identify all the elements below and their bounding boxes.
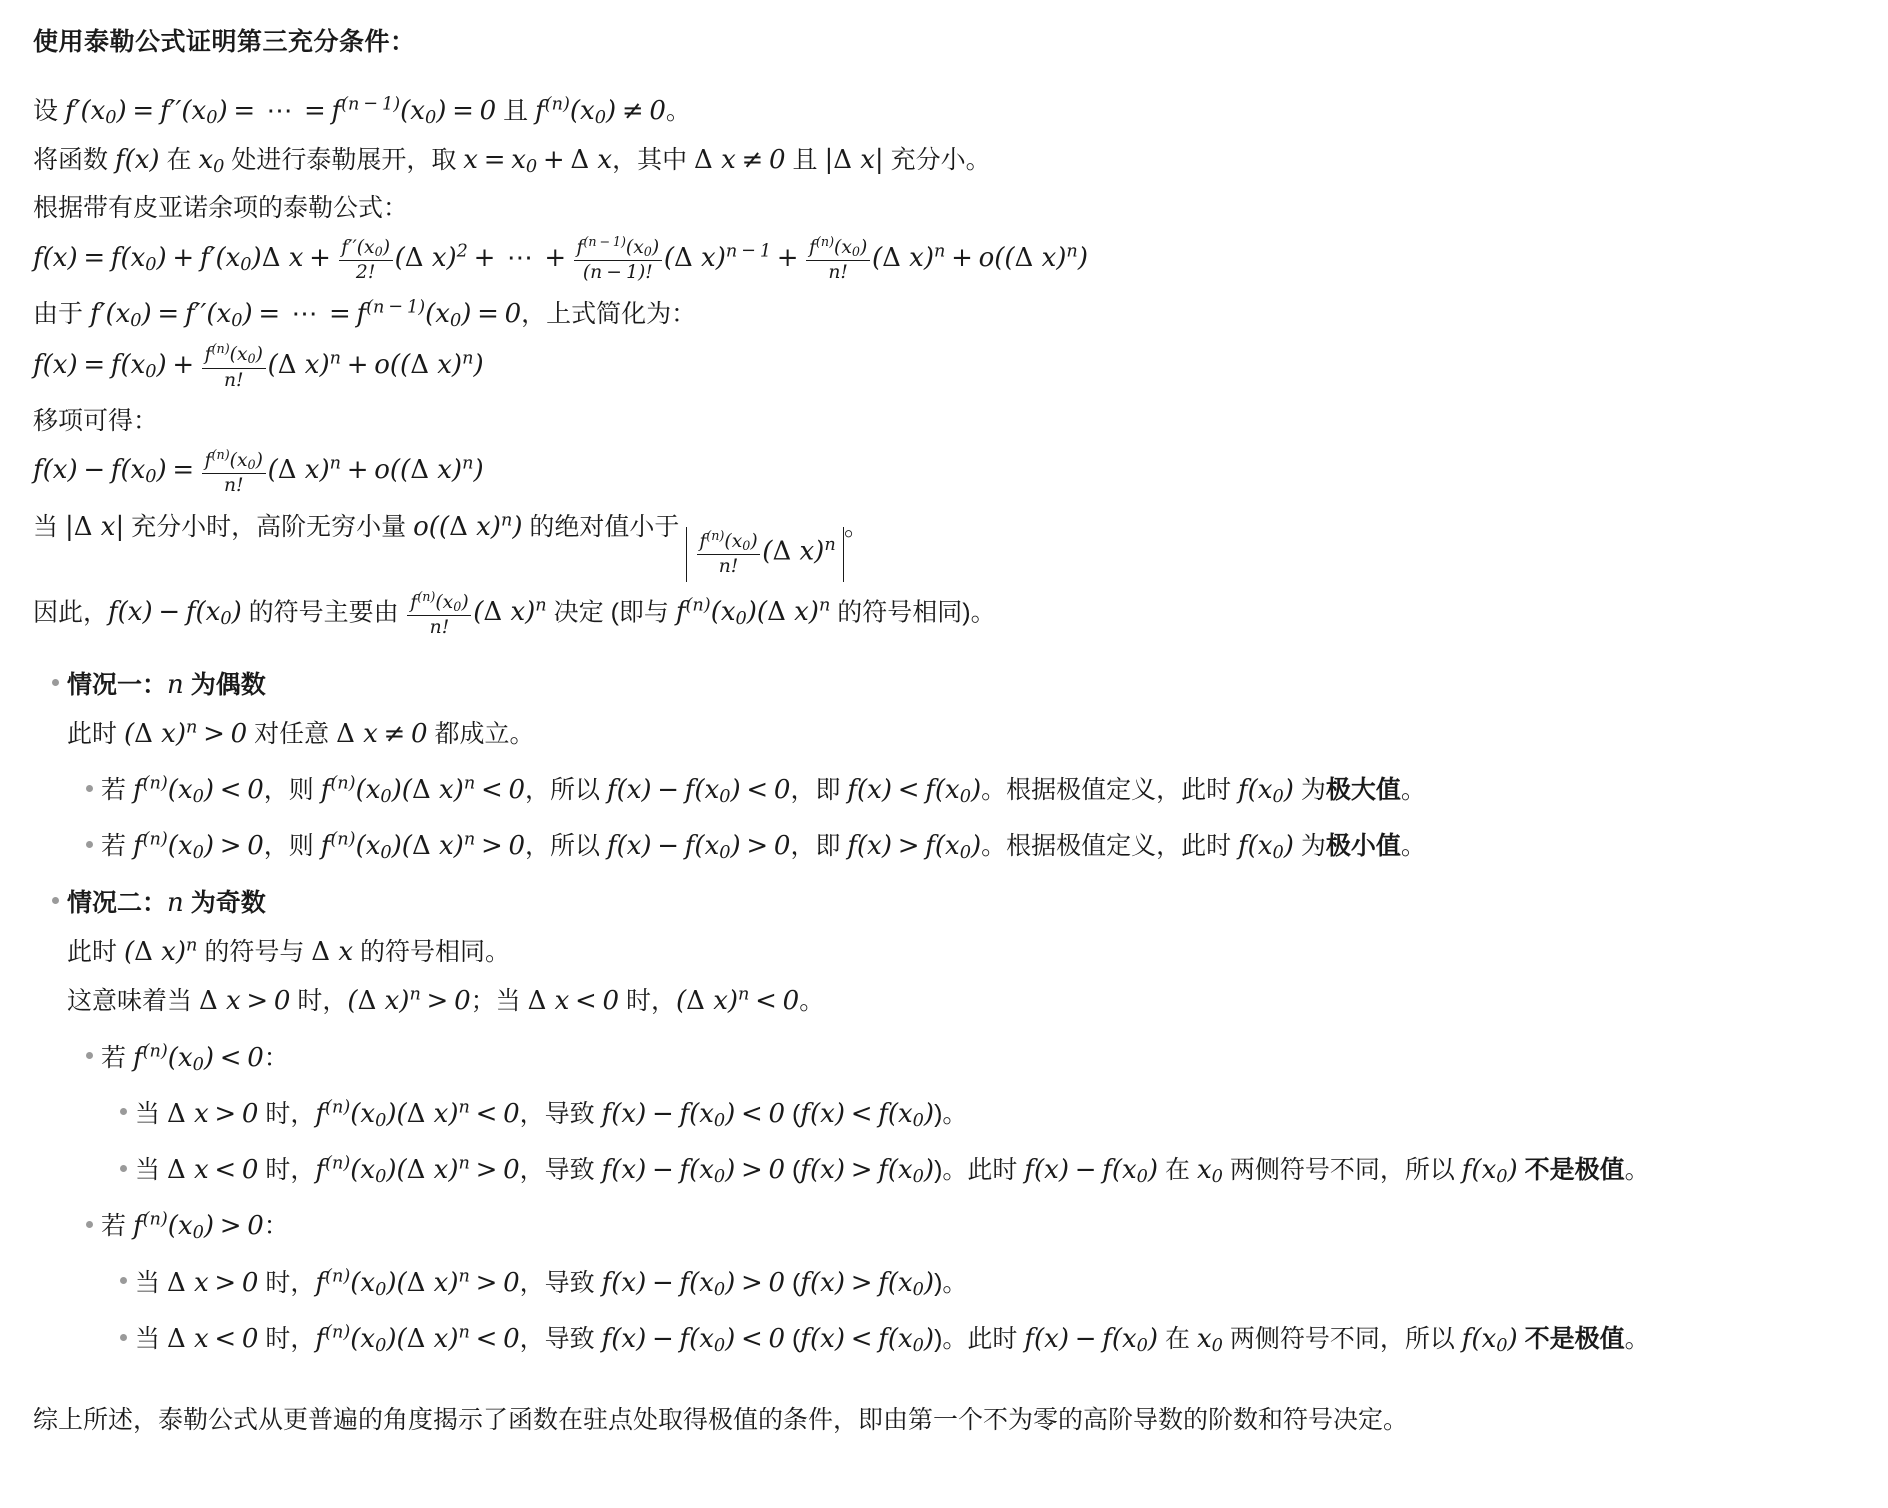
text-run: ( bbox=[785, 1325, 800, 1353]
text-run: 的符号主要由 bbox=[242, 598, 406, 626]
text-run: ，导致 bbox=[520, 1269, 602, 1297]
text-run: 都成立。 bbox=[428, 720, 535, 748]
list-item-line: 若 f(n)(x0)>0，则 f(n)(x0)(Δ x)n>0，所以 f(x)−… bbox=[101, 826, 1854, 866]
text-run: 若 bbox=[101, 1044, 133, 1072]
math-inline: f(x)−f(x0)>0 bbox=[607, 831, 790, 861]
list-item: 若 f(n)(x0)>0：当 Δ x>0 时，f(n)(x0)(Δ x)n>0，… bbox=[67, 1206, 1854, 1359]
list-item-line: 当 Δ x>0 时，f(n)(x0)(Δ x)n<0，导致 f(x)−f(x0)… bbox=[135, 1094, 1854, 1134]
bullet-icon bbox=[86, 841, 93, 848]
paragraph: 将函数 f(x) 在 x0 处进行泰勒展开，取 x=x0+Δ x，其中 Δ x≠… bbox=[33, 141, 1854, 181]
text-run: 的绝对值小于 bbox=[522, 513, 686, 541]
list-item-line: 这意味着当 Δ x>0 时，(Δ x)n>0；当 Δ x<0 时，(Δ x)n<… bbox=[67, 981, 1854, 1021]
text-run: )。此时 bbox=[934, 1156, 1024, 1184]
math-inline: f(n)(x0)n!(Δ x)n bbox=[406, 597, 547, 627]
text-run bbox=[1518, 1325, 1525, 1353]
text-run: 决定 (即与 bbox=[547, 598, 676, 626]
math-inline: n bbox=[167, 888, 184, 918]
text-run: 时， bbox=[258, 1100, 315, 1128]
math-inline: f(x)−f(x0) bbox=[1024, 1155, 1158, 1185]
text-run: 。根据极值定义，此时 bbox=[981, 776, 1238, 804]
math-inline: f(n)(x0)(Δ x)n>0 bbox=[321, 831, 525, 861]
math-inline: Δ x<0 bbox=[167, 1155, 259, 1185]
bullet-list: 当 Δ x>0 时，f(n)(x0)(Δ x)n>0，导致 f(x)−f(x0)… bbox=[101, 1263, 1854, 1360]
text-run: 。根据极值定义，此时 bbox=[981, 832, 1238, 860]
paragraph: 由于 f′(x0)=f′′(x0)=⋯=f(n−1)(x0)=0，上式简化为： bbox=[33, 295, 1854, 335]
bullet-icon bbox=[86, 1221, 93, 1228]
text-run: ，其中 bbox=[612, 146, 694, 174]
document-body: 设 f′(x0)=f′′(x0)=⋯=f(n−1)(x0)=0 且 f(n)(x… bbox=[33, 92, 1854, 1439]
list-item: 当 Δ x<0 时，f(n)(x0)(Δ x)n>0，导致 f(x)−f(x0)… bbox=[101, 1150, 1854, 1190]
list-item: 当 Δ x>0 时，f(n)(x0)(Δ x)n<0，导致 f(x)−f(x0)… bbox=[101, 1094, 1854, 1134]
text-run: 。 bbox=[1625, 1156, 1650, 1184]
text-run: 当 bbox=[33, 513, 65, 541]
math-inline: f(n)(x0)<0 bbox=[133, 1043, 264, 1073]
list-item-line: 当 Δ x<0 时，f(n)(x0)(Δ x)n>0，导致 f(x)−f(x0)… bbox=[135, 1150, 1854, 1190]
math-inline: Δ x≠0 bbox=[694, 145, 786, 175]
math-inline: |Δ x| bbox=[65, 512, 124, 542]
math-inline: f(x)<f(x0) bbox=[800, 1324, 934, 1354]
math-inline: f(x0) bbox=[1238, 775, 1294, 805]
math-inline: f(x)=f(x0)+f(n)(x0)n!(Δ x)n+o((Δ x)n) bbox=[33, 350, 484, 380]
text-run: 由于 bbox=[33, 300, 90, 328]
bullet-icon bbox=[86, 1052, 93, 1059]
text-run: 时， bbox=[258, 1325, 315, 1353]
text-run: 充分小时，高阶无穷小量 bbox=[124, 513, 413, 541]
text-run: 将函数 bbox=[33, 146, 115, 174]
math-inline: (Δ x)n bbox=[124, 937, 197, 967]
math-inline: x0 bbox=[1197, 1324, 1223, 1354]
bullet-icon bbox=[52, 679, 59, 686]
bold-text-run: 情况一： bbox=[67, 671, 167, 699]
math-inline: f(x)−f(x0)=f(n)(x0)n!(Δ x)n+o((Δ x)n) bbox=[33, 455, 484, 485]
paragraph: 因此，f(x)−f(x0) 的符号主要由 f(n)(x0)n!(Δ x)n 决定… bbox=[33, 591, 1854, 641]
paragraph: f(x)−f(x0)=f(n)(x0)n!(Δ x)n+o((Δ x)n) bbox=[33, 449, 1854, 499]
bullet-list: 若 f(n)(x0)<0，则 f(n)(x0)(Δ x)n<0，所以 f(x)−… bbox=[67, 770, 1854, 867]
math-inline: Δ x>0 bbox=[199, 986, 291, 1016]
text-run: ，即 bbox=[790, 832, 847, 860]
math-inline: f(x)>f(x0) bbox=[847, 831, 981, 861]
math-inline: x0 bbox=[1197, 1155, 1223, 1185]
math-inline: f(x)−f(x0)>0 bbox=[602, 1155, 785, 1185]
text-run: 设 bbox=[33, 97, 65, 125]
list-item: 若 f(n)(x0)<0，则 f(n)(x0)(Δ x)n<0，所以 f(x)−… bbox=[67, 770, 1854, 810]
bullet-icon bbox=[120, 1334, 127, 1341]
math-inline: f(n)(x0)(Δ x)n>0 bbox=[315, 1268, 519, 1298]
bullet-list: 情况一：n 为偶数此时 (Δ x)n>0 对任意 Δ x≠0 都成立。若 f(n… bbox=[33, 665, 1854, 1360]
text-run: 当 bbox=[135, 1269, 167, 1297]
math-inline: f(n)(x0)(Δ x)n bbox=[676, 597, 830, 627]
text-run: 。 bbox=[844, 513, 869, 541]
math-inline: Δ x bbox=[311, 937, 353, 967]
text-run: 若 bbox=[101, 832, 133, 860]
bold-text-run: 不是极值 bbox=[1525, 1156, 1625, 1184]
list-item: 情况二：n 为奇数此时 (Δ x)n 的符号与 Δ x 的符号相同。这意味着当 … bbox=[33, 883, 1854, 1360]
list-item-line: 若 f(n)(x0)<0： bbox=[101, 1038, 1854, 1078]
text-run: 若 bbox=[101, 776, 133, 804]
text-run: 。 bbox=[1401, 832, 1426, 860]
text-run: ： bbox=[264, 1212, 289, 1240]
text-run: ，所以 bbox=[525, 832, 607, 860]
math-inline: Δ x>0 bbox=[167, 1268, 259, 1298]
text-run: ： bbox=[264, 1044, 289, 1072]
bullet-icon bbox=[120, 1165, 127, 1172]
paragraph: f(x)=f(x0)+f′(x0)Δ x+f′′(x0)2!(Δ x)2+⋯+f… bbox=[33, 236, 1854, 286]
text-run: 时， bbox=[619, 987, 676, 1015]
math-inline: n bbox=[167, 670, 184, 700]
math-inline: f(n)(x0)<0 bbox=[133, 775, 264, 805]
paragraph: f(x)=f(x0)+f(n)(x0)n!(Δ x)n+o((Δ x)n) bbox=[33, 343, 1854, 393]
text-run: ，导致 bbox=[520, 1156, 602, 1184]
math-inline: (Δ x)n>0 bbox=[347, 986, 470, 1016]
text-run: 两侧符号不同，所以 bbox=[1223, 1156, 1462, 1184]
text-run: 当 bbox=[135, 1156, 167, 1184]
paragraph: 当 |Δ x| 充分小时，高阶无穷小量 o((Δ x)n) 的绝对值小于 f(n… bbox=[33, 508, 1854, 582]
text-run: 为 bbox=[1294, 832, 1326, 860]
text-run bbox=[1518, 1156, 1525, 1184]
math-inline: f(x0) bbox=[1238, 831, 1294, 861]
paragraph: 综上所述，泰勒公式从更普遍的角度揭示了函数在驻点处取得极值的条件，即由第一个不为… bbox=[33, 1401, 1854, 1439]
math-inline: f(x)−f(x0)>0 bbox=[602, 1268, 785, 1298]
text-run: ，导致 bbox=[520, 1100, 602, 1128]
list-item-line: 当 Δ x>0 时，f(n)(x0)(Δ x)n>0，导致 f(x)−f(x0)… bbox=[135, 1263, 1854, 1303]
text-run: 的符号相同。 bbox=[353, 938, 510, 966]
text-run: 充分小。 bbox=[884, 146, 991, 174]
text-run: ( bbox=[785, 1269, 800, 1297]
text-run: 在 bbox=[1158, 1156, 1197, 1184]
paragraph: 根据带有皮亚诺余项的泰勒公式： bbox=[33, 189, 1854, 227]
text-run: 。 bbox=[1401, 776, 1426, 804]
text-run: 当 bbox=[135, 1100, 167, 1128]
math-inline: f(x)−f(x0) bbox=[108, 597, 242, 627]
math-inline: f(n)(x0)>0 bbox=[133, 831, 264, 861]
math-inline: Δ x<0 bbox=[528, 986, 620, 1016]
math-inline: f(x)<f(x0) bbox=[847, 775, 981, 805]
text-run: ，即 bbox=[790, 776, 847, 804]
math-inline: f′(x0)=f′′(x0)=⋯=f(n−1)(x0)=0 bbox=[65, 96, 496, 126]
text-run: ；当 bbox=[471, 987, 528, 1015]
bold-text-run: 情况二： bbox=[67, 889, 167, 917]
text-run: )。此时 bbox=[934, 1325, 1024, 1353]
math-inline: f(x) bbox=[115, 145, 160, 175]
math-inline: x0 bbox=[198, 145, 224, 175]
bullet-list: 当 Δ x>0 时，f(n)(x0)(Δ x)n<0，导致 f(x)−f(x0)… bbox=[101, 1094, 1854, 1191]
text-run: 移项可得： bbox=[33, 407, 158, 435]
text-run: 。 bbox=[799, 987, 824, 1015]
bullet-icon bbox=[120, 1277, 127, 1284]
text-run: 在 bbox=[1158, 1325, 1197, 1353]
text-run: ，则 bbox=[264, 832, 321, 860]
math-inline: |Δ x| bbox=[824, 145, 883, 175]
text-run: ，则 bbox=[264, 776, 321, 804]
math-inline: f(n)(x0)(Δ x)n<0 bbox=[321, 775, 525, 805]
text-run: 的符号与 bbox=[197, 938, 311, 966]
text-run: 的符号相同)。 bbox=[830, 598, 995, 626]
math-inline: o((Δ x)n) bbox=[413, 512, 522, 542]
math-inline: f(n)(x0)>0 bbox=[133, 1211, 264, 1241]
math-inline: f(n)(x0)(Δ x)n>0 bbox=[315, 1155, 519, 1185]
text-run: 时， bbox=[258, 1156, 315, 1184]
math-inline: f(n)(x0)≠0 bbox=[535, 96, 666, 126]
math-inline: x=x0+Δ x bbox=[463, 145, 612, 175]
text-run: 。 bbox=[1625, 1325, 1650, 1353]
text-run: ，导致 bbox=[520, 1325, 602, 1353]
list-item-line: 此时 (Δ x)n 的符号与 Δ x 的符号相同。 bbox=[67, 932, 1854, 972]
math-inline: f(x)−f(x0)<0 bbox=[607, 775, 790, 805]
list-item-line: 此时 (Δ x)n>0 对任意 Δ x≠0 都成立。 bbox=[67, 714, 1854, 754]
list-item: 当 Δ x<0 时，f(n)(x0)(Δ x)n<0，导致 f(x)−f(x0)… bbox=[101, 1319, 1854, 1359]
text-run: 综上所述，泰勒公式从更普遍的角度揭示了函数在驻点处取得极值的条件，即由第一个不为… bbox=[33, 1406, 1408, 1434]
text-run: 因此， bbox=[33, 598, 108, 626]
math-inline: f(x0) bbox=[1462, 1324, 1518, 1354]
list-item: 若 f(n)(x0)>0，则 f(n)(x0)(Δ x)n>0，所以 f(x)−… bbox=[67, 826, 1854, 866]
text-run: )。 bbox=[934, 1100, 967, 1128]
bold-text-run: 为奇数 bbox=[184, 889, 266, 917]
list-item: 若 f(n)(x0)<0：当 Δ x>0 时，f(n)(x0)(Δ x)n<0，… bbox=[67, 1038, 1854, 1191]
paragraph: 设 f′(x0)=f′′(x0)=⋯=f(n−1)(x0)=0 且 f(n)(x… bbox=[33, 92, 1854, 132]
math-inline: f(x)−f(x0)<0 bbox=[602, 1324, 785, 1354]
math-inline: f(x)−f(x0)<0 bbox=[602, 1099, 785, 1129]
text-run: 时， bbox=[290, 987, 347, 1015]
math-inline: Δ x≠0 bbox=[336, 719, 428, 749]
text-run: 且 bbox=[496, 97, 535, 125]
text-run: 。 bbox=[666, 97, 691, 125]
bold-text-run: 极小值 bbox=[1326, 832, 1401, 860]
text-run: 这意味着当 bbox=[67, 987, 199, 1015]
math-inline: f(x)−f(x0) bbox=[1024, 1324, 1158, 1354]
list-item-line: 若 f(n)(x0)<0，则 f(n)(x0)(Δ x)n<0，所以 f(x)−… bbox=[101, 770, 1854, 810]
bold-text-run: 极大值 bbox=[1326, 776, 1401, 804]
text-run: 处进行泰勒展开，取 bbox=[224, 146, 463, 174]
math-inline: f(x)=f(x0)+f′(x0)Δ x+f′′(x0)2!(Δ x)2+⋯+f… bbox=[33, 243, 1088, 273]
list-item-line: 情况二：n 为奇数 bbox=[67, 883, 1854, 923]
text-run: 两侧符号不同，所以 bbox=[1223, 1325, 1462, 1353]
list-item-line: 情况一：n 为偶数 bbox=[67, 665, 1854, 705]
math-inline: f′(x0)=f′′(x0)=⋯=f(n−1)(x0)=0 bbox=[90, 299, 521, 329]
bullet-icon bbox=[120, 1108, 127, 1115]
list-item: 当 Δ x>0 时，f(n)(x0)(Δ x)n>0，导致 f(x)−f(x0)… bbox=[101, 1263, 1854, 1303]
page: { "doc": { "title": "使用泰勒公式证明第三充分条件：", "… bbox=[0, 0, 1888, 1508]
list-item: 情况一：n 为偶数此时 (Δ x)n>0 对任意 Δ x≠0 都成立。若 f(n… bbox=[33, 665, 1854, 867]
paragraph: 移项可得： bbox=[33, 402, 1854, 440]
math-inline: f(x)>f(x0) bbox=[800, 1155, 934, 1185]
text-run: 为 bbox=[1294, 776, 1326, 804]
math-inline: f(x)<f(x0) bbox=[800, 1099, 934, 1129]
math-inline: Δ x>0 bbox=[167, 1099, 259, 1129]
math-inline: (Δ x)n>0 bbox=[124, 719, 247, 749]
text-run: 时， bbox=[258, 1269, 315, 1297]
math-inline: Δ x<0 bbox=[167, 1324, 259, 1354]
text-run: 在 bbox=[160, 146, 199, 174]
text-run: ( bbox=[785, 1100, 800, 1128]
text-run: 若 bbox=[101, 1212, 133, 1240]
math-inline: f(n)(x0)(Δ x)n<0 bbox=[315, 1099, 519, 1129]
text-run: ，所以 bbox=[525, 776, 607, 804]
text-run: 对任意 bbox=[247, 720, 336, 748]
list-item-line: 当 Δ x<0 时，f(n)(x0)(Δ x)n<0，导致 f(x)−f(x0)… bbox=[135, 1319, 1854, 1359]
bold-text-run: 为偶数 bbox=[184, 671, 266, 699]
math-inline: f(x0) bbox=[1462, 1155, 1518, 1185]
text-run: ，上式简化为： bbox=[521, 300, 696, 328]
bullet-icon bbox=[86, 785, 93, 792]
math-inline: f(n)(x0)(Δ x)n<0 bbox=[315, 1324, 519, 1354]
bullet-icon bbox=[52, 897, 59, 904]
text-run: 此时 bbox=[67, 938, 124, 966]
math-inline: (Δ x)n<0 bbox=[676, 986, 799, 1016]
page-title: 使用泰勒公式证明第三充分条件： bbox=[33, 22, 1854, 58]
text-run: 根据带有皮亚诺余项的泰勒公式： bbox=[33, 194, 408, 222]
text-run: 当 bbox=[135, 1325, 167, 1353]
math-inline: f(n)(x0)n!(Δ x)n bbox=[686, 512, 844, 542]
text-run: ( bbox=[785, 1156, 800, 1184]
bold-text-run: 不是极值 bbox=[1525, 1325, 1625, 1353]
bullet-list: 若 f(n)(x0)<0：当 Δ x>0 时，f(n)(x0)(Δ x)n<0，… bbox=[67, 1038, 1854, 1360]
math-inline: f(x)>f(x0) bbox=[800, 1268, 934, 1298]
list-item-line: 若 f(n)(x0)>0： bbox=[101, 1206, 1854, 1246]
text-run: 且 bbox=[786, 146, 825, 174]
text-run: )。 bbox=[934, 1269, 967, 1297]
text-run: 此时 bbox=[67, 720, 124, 748]
